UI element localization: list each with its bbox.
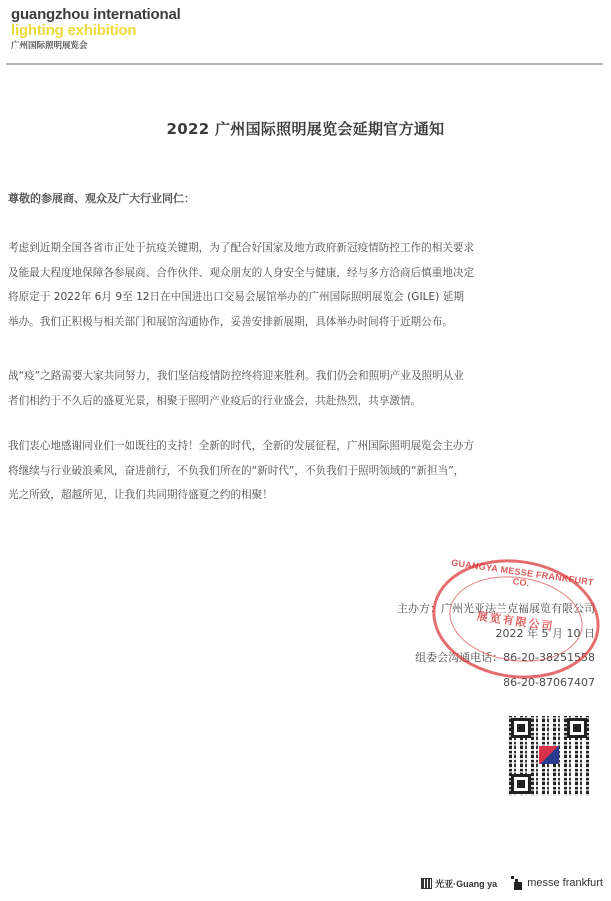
qr-finder-icon <box>511 718 531 738</box>
messe-frankfurt-icon <box>511 876 523 890</box>
logo-line-chinese: 广州国际照明展览会 <box>11 40 181 52</box>
document-title: 2022 广州国际照明展览会延期官方通知 <box>0 118 611 139</box>
paragraph-line: 考虑到近期全国各省市正处于抗疫关键期，为了配合好国家及地方政府新冠疫情防控工作的… <box>8 236 608 261</box>
qr-finder-icon <box>567 718 587 738</box>
footer-logos: 光亚·Guang ya messe frankfurt <box>421 876 603 890</box>
paragraph-1: 考虑到近期全国各省市正处于抗疫关键期，为了配合好国家及地方政府新冠疫情防控工作的… <box>8 236 608 334</box>
qr-finder-icon <box>511 774 531 794</box>
salutation: 尊敬的参展商、观众及广大行业同仁： <box>8 190 195 206</box>
qr-code-icon[interactable] <box>509 716 589 796</box>
paragraph-2: 战“疫”之路需要大家共同努力，我们坚信疫情防控终将迎来胜利。我们仍会和照明产业及… <box>8 364 608 413</box>
logo-line-english-1: guangzhou international <box>11 6 181 23</box>
paragraph-line: 我们衷心地感谢同业们一如既往的支持！全新的时代，全新的发展征程，广州国际照明展览… <box>8 434 608 459</box>
guangya-logo-text: 光亚·Guang ya <box>435 877 497 890</box>
paragraph-line: 战“疫”之路需要大家共同努力，我们坚信疫情防控终将迎来胜利。我们仍会和照明产业及… <box>8 364 608 389</box>
guangya-grid-icon <box>421 878 432 889</box>
messe-frankfurt-logo-text: messe frankfurt <box>527 877 603 889</box>
paragraph-line: 光之所致，超越所见，让我们共同期待盛夏之约的相聚！ <box>8 483 608 508</box>
paragraph-line: 将原定于 2022年 6月 9至 12日在中国进出口交易会展馆举办的广州国际照明… <box>8 285 608 310</box>
logo-line-english-2: lighting exhibition <box>11 23 181 39</box>
paragraph-line: 将继续与行业破浪乘风，奋进前行，不负我们所在的“新时代”，不负我们于照明领域的“… <box>8 459 608 484</box>
paragraph-line: 及能最大程度地保障各参展商、合作伙伴、观众朋友的人身安全与健康，经与多方洽商后慎… <box>8 261 608 286</box>
qr-center-logo-icon <box>539 746 559 764</box>
header-divider <box>6 63 603 65</box>
exhibition-logo: guangzhou international lighting exhibit… <box>11 6 181 52</box>
paragraph-line: 举办。我们正积极与相关部门和展馆沟通协作，妥善安排新展期，具体举办时间将于近期公… <box>8 310 608 335</box>
guangya-logo: 光亚·Guang ya <box>421 877 497 890</box>
paragraph-line: 者们相约于不久后的盛夏光景，相聚于照明产业疫后的行业盛会，共赴热烈，共享激情。 <box>8 389 608 414</box>
messe-frankfurt-logo: messe frankfurt <box>511 876 603 890</box>
paragraph-3: 我们衷心地感谢同业们一如既往的支持！全新的时代，全新的发展征程，广州国际照明展览… <box>8 434 608 508</box>
